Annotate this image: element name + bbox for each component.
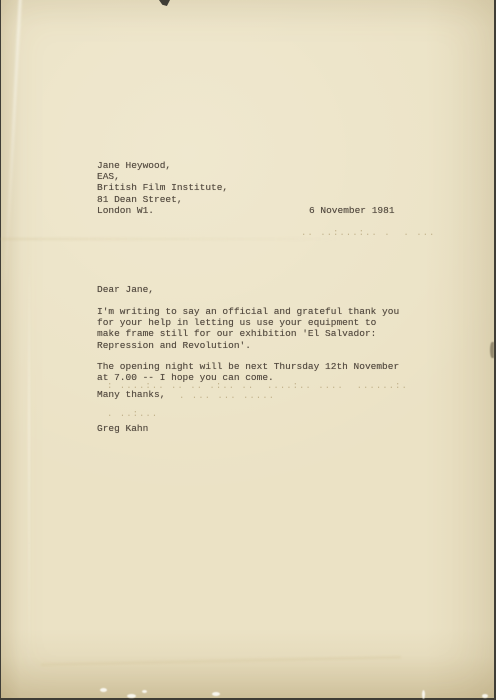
salutation: Dear Jane, — [97, 284, 154, 295]
letter-date: 6 November 1981 — [309, 205, 395, 216]
paper-speck — [142, 690, 147, 693]
body-line: The opening night will be next Thursday … — [97, 361, 399, 372]
paper-speck — [100, 688, 107, 692]
paper-crease — [3, 0, 22, 296]
paper-edge-mark — [490, 342, 494, 358]
recipient-line: British Film Institute, — [97, 182, 228, 193]
paper-speck — [212, 692, 220, 696]
paper-speck — [422, 690, 425, 699]
ghost-imprint: . ..:... — [107, 409, 158, 419]
paper-crease — [41, 656, 401, 666]
paper-sheet: Jane Heywood, EAS, British Film Institut… — [1, 0, 494, 698]
scanned-letter: Jane Heywood, EAS, British Film Institut… — [0, 0, 496, 700]
recipient-line: London W1. — [97, 205, 154, 216]
body-line: make frame still for our exhibition 'El … — [97, 328, 376, 339]
body-line: for your help in letting us use your equ… — [97, 317, 376, 328]
paper-speck — [127, 694, 136, 698]
recipient-line: 81 Dean Street, — [97, 194, 183, 205]
signature: Greg Kahn — [97, 423, 148, 434]
body-line: Repression and Revolution'. — [97, 340, 251, 351]
closing: Many thanks, — [97, 389, 165, 400]
ghost-imprint: .. ..:...:.. . . ... — [301, 228, 435, 238]
paper-crease — [28, 250, 30, 690]
recipient-line: Jane Heywood, — [97, 160, 171, 171]
ghost-imprint: . ... ... ..... — [179, 391, 275, 401]
paper-crease — [1, 238, 494, 240]
recipient-line: EAS, — [97, 171, 120, 182]
body-line: I'm writing to say an official and grate… — [97, 306, 399, 317]
paper-speck — [482, 694, 488, 698]
